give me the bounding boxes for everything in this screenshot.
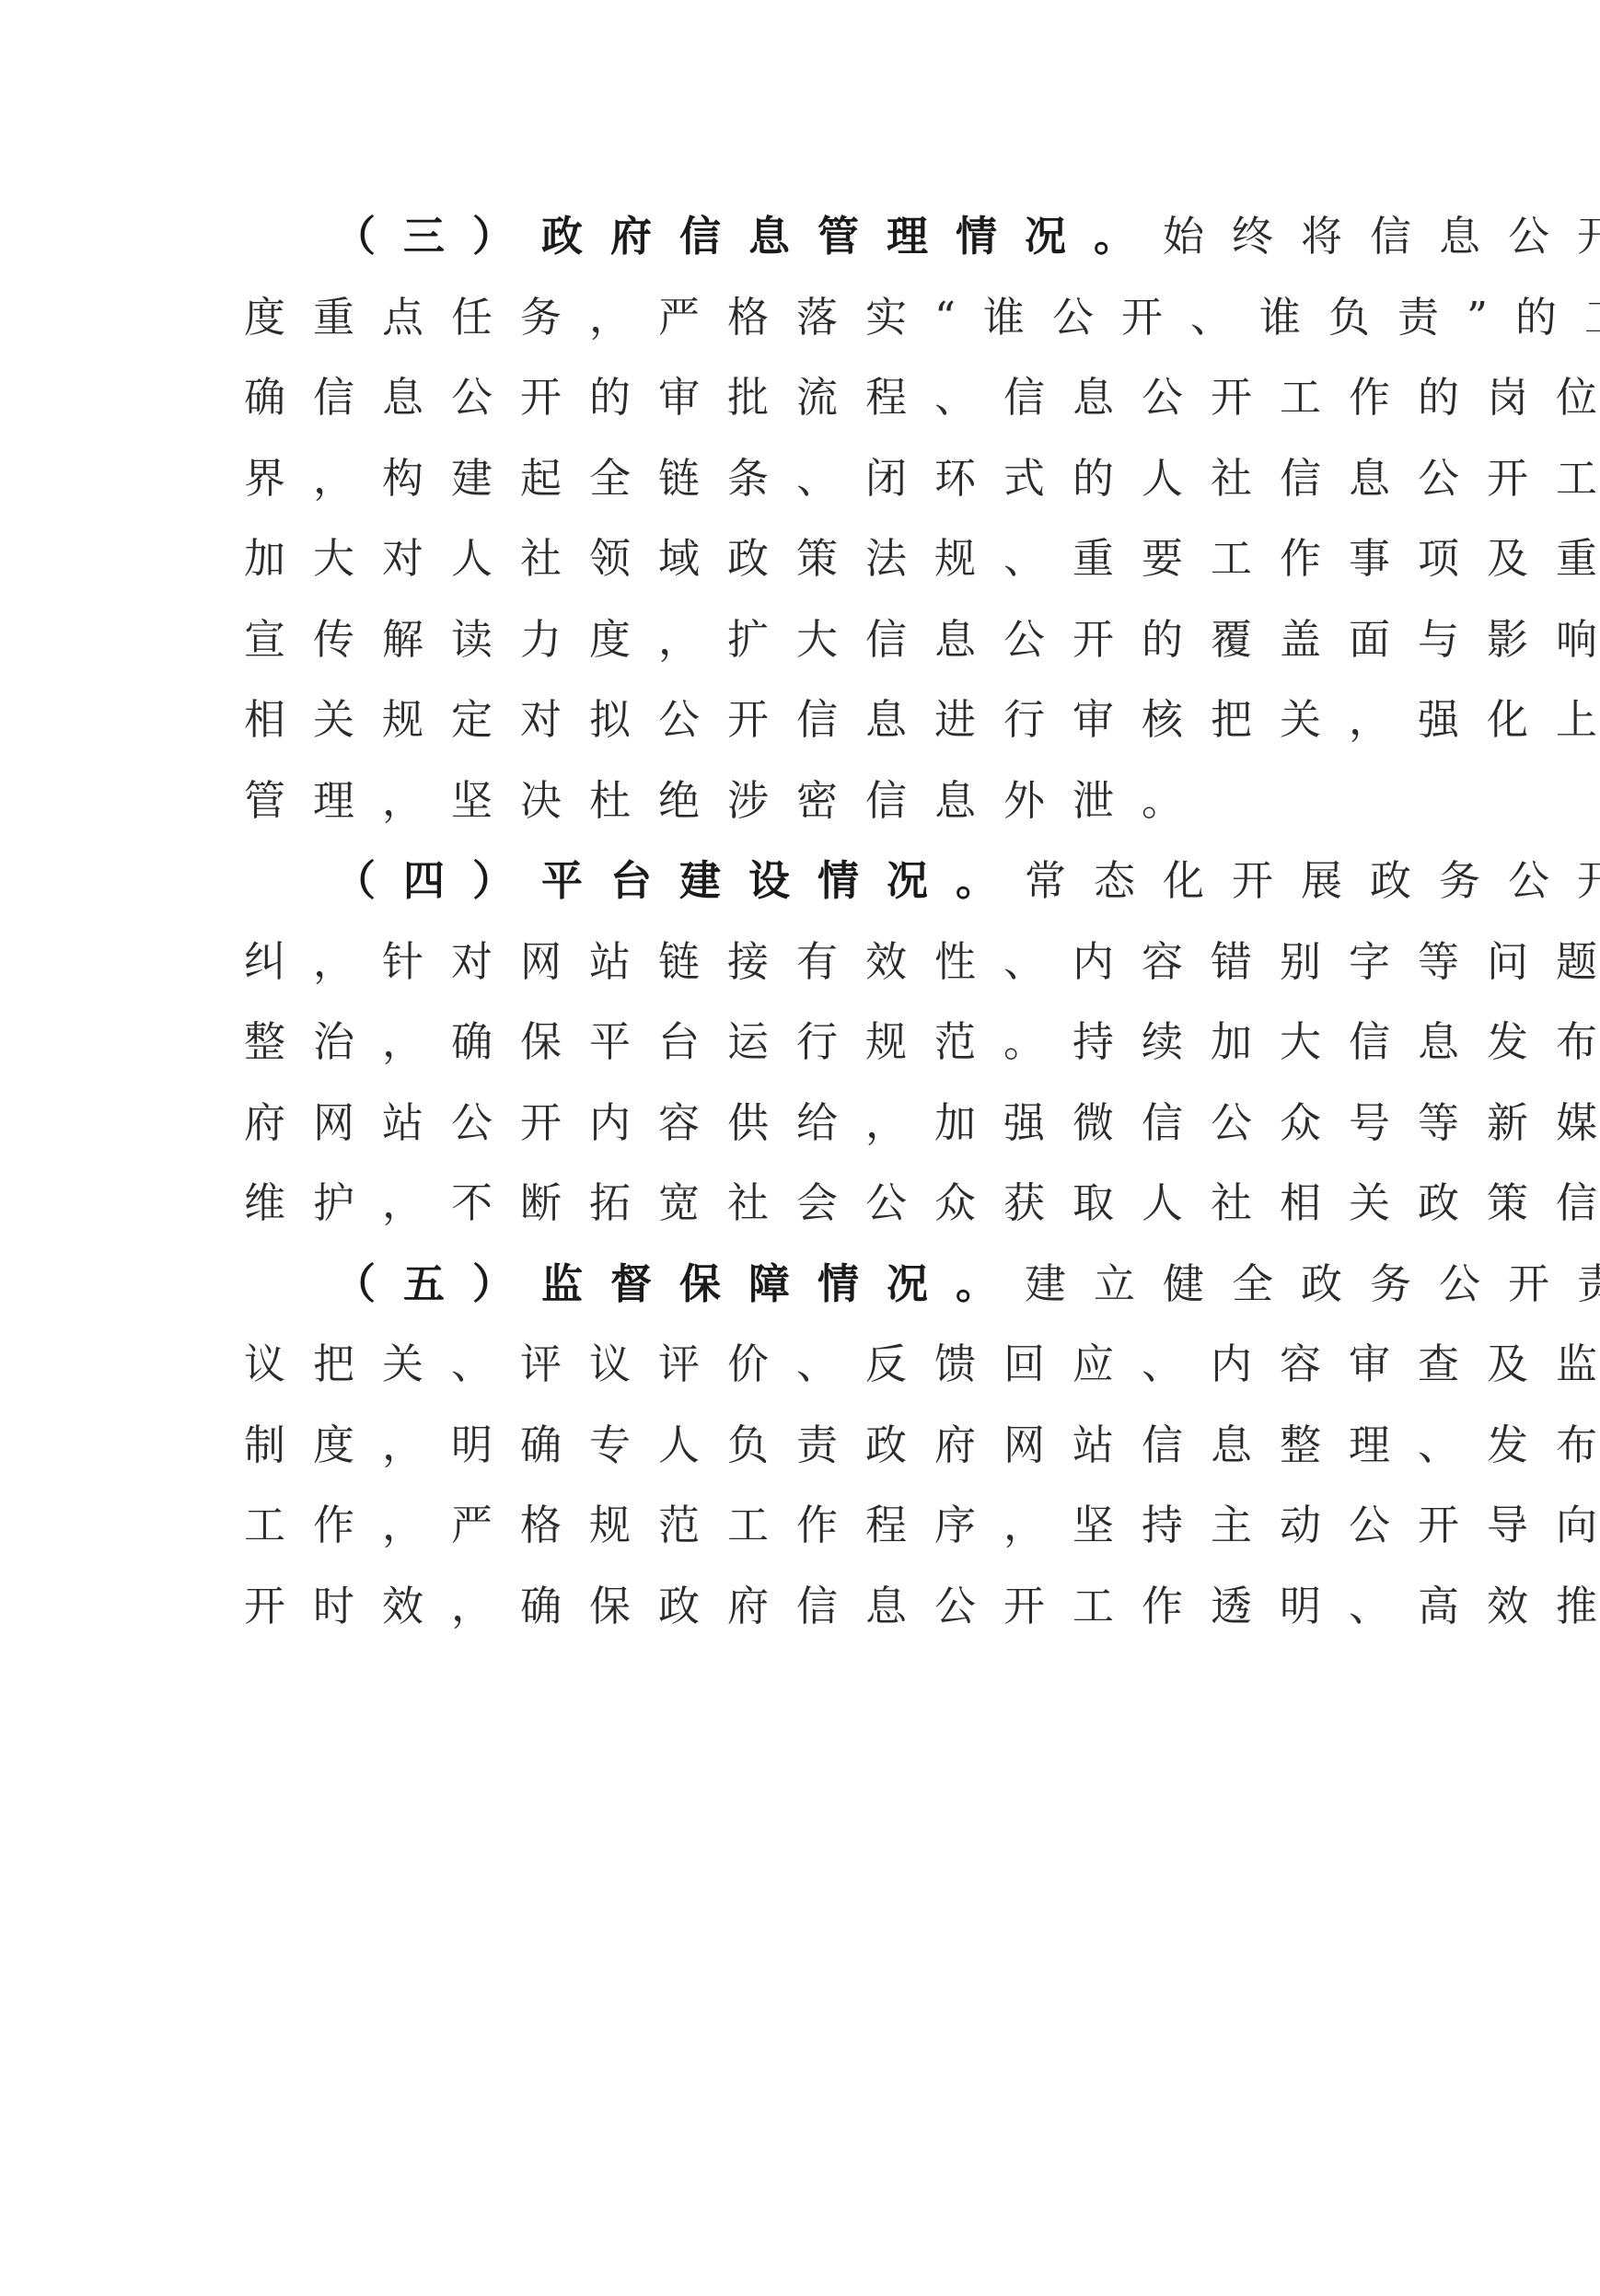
text-line: 管理，坚决杜绝涉密信息外泄。 <box>244 760 1358 841</box>
section-heading: （三）政府信息管理情况。 <box>334 212 1163 261</box>
text-line: 确信息公开的审批流程、信息公开工作的岗位职责与权限边 <box>244 357 1358 438</box>
text-line: 制度，明确专人负责政府网站信息整理、发布、上报等具体 <box>244 1405 1358 1486</box>
section-supervision-guarantee: （五）监督保障情况。建立健全政务公开责任落实、审 议把关、评议评价、反馈回应、内… <box>244 1244 1358 1647</box>
text-line-content: 始终将信息公开工作列为年 <box>1163 212 1600 261</box>
text-line-content: 常态化开展政务公开工作自查自 <box>1025 856 1600 905</box>
text-line: 纠，针对网站链接有效性、内容错别字等问题进行专项排查 <box>244 922 1358 1003</box>
text-line: 工作，严格规范工作程序，坚持主动公开导向，保障信息公 <box>244 1485 1358 1566</box>
text-line: 宣传解读力度，扩大信息公开的覆盖面与影响力。严格按照 <box>244 599 1358 680</box>
text-line: 度重点任务，严格落实“谁公开、谁负责”的工作原则，明 <box>244 277 1358 358</box>
section-heading: （五）监督保障情况。 <box>334 1259 1025 1308</box>
section-information-management: （三）政府信息管理情况。始终将信息公开工作列为年 度重点任务，严格落实“谁公开、… <box>244 196 1358 841</box>
text-line: 界，构建起全链条、闭环式的人社信息公开工作流程。同时， <box>244 438 1358 519</box>
text-line: （四）平台建设情况。常态化开展政务公开工作自查自 <box>244 841 1358 922</box>
text-line: 加大对人社领域政策法规、重要工作事项及重大改革举措的 <box>244 518 1358 599</box>
document-page: （三）政府信息管理情况。始终将信息公开工作列为年 度重点任务，严格落实“谁公开、… <box>0 0 1600 2296</box>
text-line: 整治，确保平台运行规范。持续加大信息发布力度，丰富政 <box>244 1002 1358 1083</box>
text-line: 相关规定对拟公开信息进行审核把关，强化上网信息的保密 <box>244 679 1358 760</box>
text-line: 议把关、评议评价、反馈回应、内容审查及监督考核等系列 <box>244 1324 1358 1405</box>
text-line: （三）政府信息管理情况。始终将信息公开工作列为年 <box>244 196 1358 277</box>
text-line: 开时效，确保政府信息公开工作透明、高效推进。 <box>244 1566 1358 1647</box>
text-line-content: 建立健全政务公开责任落实、审 <box>1025 1259 1600 1308</box>
text-line: 府网站公开内容供给，加强微信公众号等新媒体平台的运营 <box>244 1083 1358 1164</box>
section-heading: （四）平台建设情况。 <box>334 856 1025 905</box>
section-platform-construction: （四）平台建设情况。常态化开展政务公开工作自查自 纠，针对网站链接有效性、内容错… <box>244 841 1358 1244</box>
document-body: （三）政府信息管理情况。始终将信息公开工作列为年 度重点任务，严格落实“谁公开、… <box>244 196 1358 1646</box>
text-line: （五）监督保障情况。建立健全政务公开责任落实、审 <box>244 1244 1358 1325</box>
text-line: 维护，不断拓宽社会公众获取人社相关政策信息的便捷渠道。 <box>244 1163 1358 1244</box>
